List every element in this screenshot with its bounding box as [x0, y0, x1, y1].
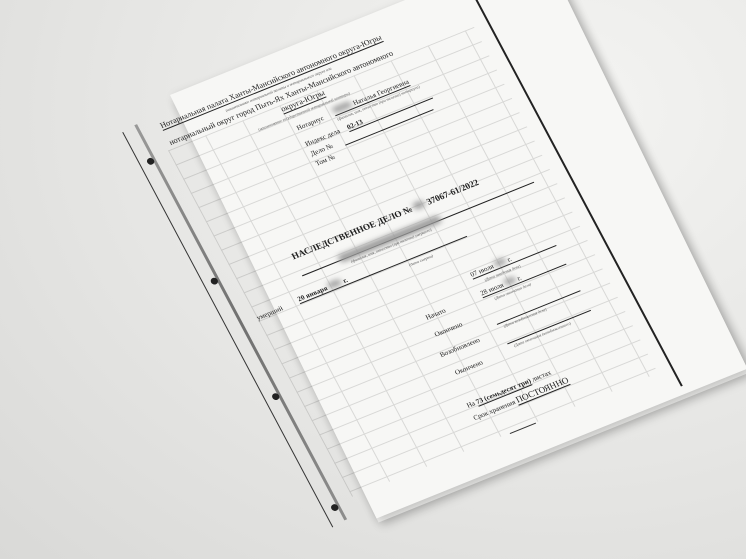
ended-suffix: г.	[516, 274, 523, 283]
death-year-suffix: г.	[342, 276, 350, 285]
photo-scene: Нотариальная палата Ханты-Мансийского ав…	[0, 0, 746, 559]
started-suffix: г.	[506, 255, 513, 264]
